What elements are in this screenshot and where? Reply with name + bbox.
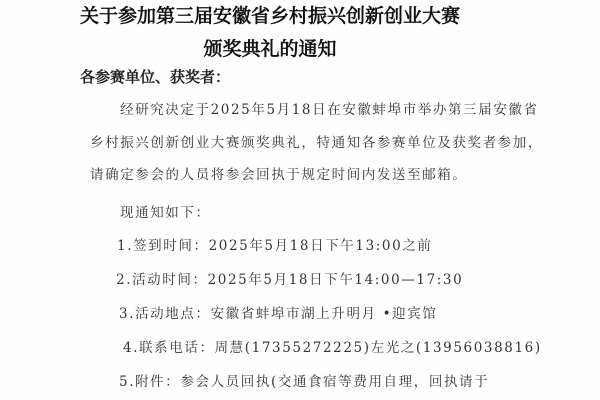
list-item-attachment: 5.附件：参会人员回执(交通食宿等费用自理，回执请于 [119,370,489,390]
list-item-event-time: 2.活动时间：2025年5月18日下午14:00—17:30 [116,268,463,288]
document-title-line-2: 颁奖典礼的通知 [0,34,540,61]
salutation: 各参赛单位、获奖者： [80,66,230,87]
notice-intro: 现通知如下： [120,201,211,221]
list-item-contact-phone: 4.联系电话：周慧(17355272225)左光之(13956038816) [123,336,542,356]
list-item-checkin-time: 1.签到时间：2025年5月18日下午13:00之前 [117,234,433,254]
paragraph-line-2: 乡村振兴创新创业大赛颁奖典礼，特通知各参赛单位及获奖者参加， [90,131,543,151]
list-item-event-location: 3.活动地点：安徽省蚌埠市湖上升明月 •迎宾馆 [119,302,437,322]
document-title-line-1: 关于参加第三届安徽省乡村振兴创新创业大赛 [0,1,540,28]
notice-document: 关于参加第三届安徽省乡村振兴创新创业大赛 颁奖典礼的通知 各参赛单位、获奖者： … [0,0,600,400]
paragraph-line-1: 经研究决定于2025年5月18日在安徽蚌埠市举办第三届安徽省 [120,98,539,118]
paragraph-line-3: 请确定参会的人员将参会回执于规定时间内发送至邮箱。 [90,163,468,183]
